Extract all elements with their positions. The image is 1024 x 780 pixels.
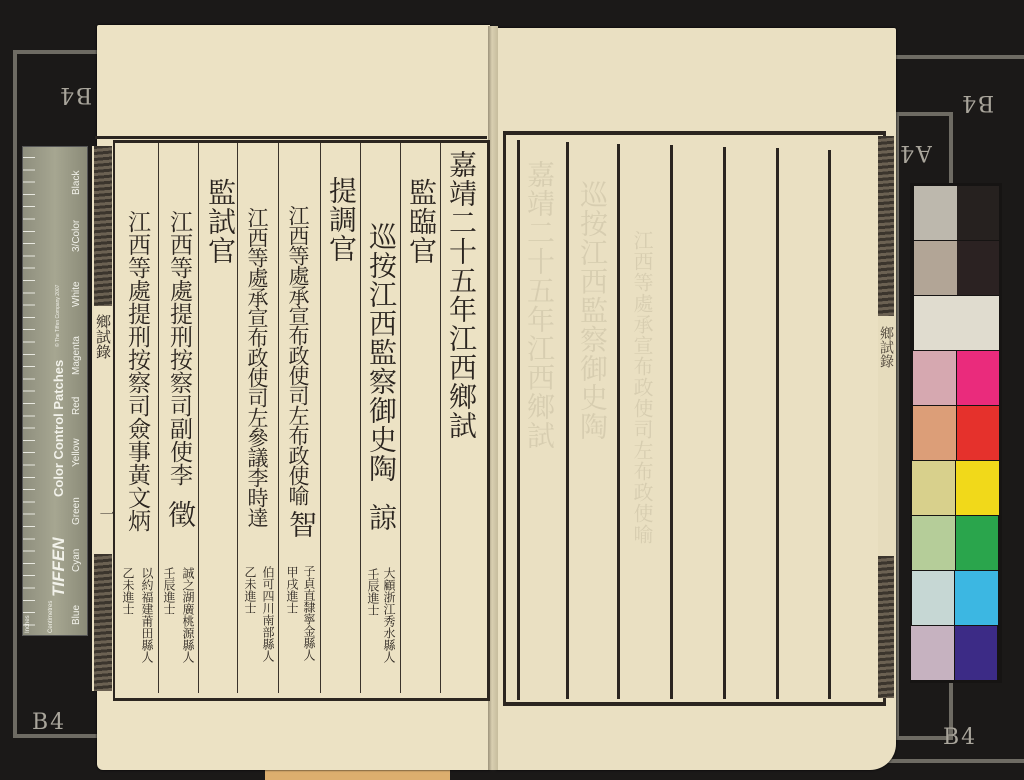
heading-proctor: 監臨官 [404,178,438,265]
mat-label-b4-bottom-right: B4 [943,725,977,750]
ruler-label-white: White [71,281,82,307]
mat-label-b4-top-left: B4 [58,82,92,107]
ruler-label-cyan: Cyan [71,549,82,572]
left-page-fold-margin: 鄉試錄 一 [92,146,114,691]
color-patch-chart [910,183,1002,683]
ruler-label-centimetres: Centimetres [48,601,54,633]
patch-blue-light [911,626,954,680]
ruler-label-magenta: Magenta [71,336,82,375]
official-note-4a: 誠之湖廣桃源縣人 [181,567,194,663]
official-note-2b: 甲戌進士 [285,566,298,614]
left-frame-top-rule [95,136,487,139]
patch-magenta-light [913,351,956,405]
show-through-text: 嘉靖二十五年江西鄉試 [522,160,556,450]
patch-cyan [955,571,998,625]
official-given-name-4: 徵 [163,500,197,529]
right-col-rule [517,140,520,700]
mat-label-b4-bottom-left: B4 [32,710,66,735]
right-col-rule [723,147,726,699]
official-name-5: 江西等處提刑按察司僉事黃文炳 [121,210,153,532]
patch-red-light [913,406,956,460]
patch-yellow [956,461,999,515]
official-note-3b: 乙未進士 [243,566,256,614]
fold-dark-block-top [94,146,112,306]
patch-green-light [912,516,955,570]
patch-yellow-light [912,461,955,515]
official-note-5b: 乙未進士 [121,567,134,615]
right-col-rule [828,150,831,699]
col-rule [158,143,159,693]
right-col-rule [617,144,620,699]
patch-blue [955,626,997,680]
ruler-ticks [23,157,35,627]
exam-title: 嘉靖二十五年江西鄉試 [444,150,478,440]
right-col-rule [670,145,673,699]
ruler-label-3color: 3/Color [71,220,82,252]
patch-gray-warm [914,241,957,295]
official-given-name-1: 諒 [364,503,398,532]
ruler-label-blue: Blue [71,605,82,625]
col-rule [400,143,401,693]
col-rule [440,143,441,693]
right-col-rule [776,148,779,699]
official-name-1: 巡按江西監察御史陶 [364,222,398,483]
official-name-4: 江西等處提刑按察司副使李 [163,210,195,486]
mat-label-b4-top-right: B4 [960,90,994,115]
right-col-rule [566,142,569,699]
patch-white [914,296,999,350]
right-margin-title: 鄉試錄 [878,326,894,368]
col-rule [320,143,321,693]
heading-examiner: 監試官 [203,178,237,265]
left-margin-title: 鄉試錄 [94,314,112,359]
official-note-1a: 大顧浙江秀水縣人 [382,567,395,663]
ruler-label-yellow: Yellow [71,438,82,467]
col-rule [278,143,279,693]
official-note-4b: 壬辰進士 [162,567,175,615]
official-note-1b: 壬辰進士 [366,568,379,616]
official-note-5a: 以約福建莆田縣人 [140,567,153,663]
patch-cyan-light [912,571,954,625]
ruler-label-red: Red [71,397,82,415]
right-fold-dark-top [878,136,894,316]
ruler-label-green: Green [71,497,82,525]
patch-magenta [957,351,999,405]
right-fold-dark-bottom [878,556,894,698]
right-page-fold-margin: 鄉試錄 [878,136,896,698]
col-rule [237,143,238,693]
show-through-text: 江西等處承宣布政使司左布政使喻 [625,230,659,545]
ruler-copyright: © The Tiffen Company 2007 [55,285,61,347]
ruler-title: Color Control Patches [51,360,66,497]
patch-gray-light [914,186,957,240]
show-through-text: 巡按江西監察御史陶 [575,180,609,441]
official-note-3a: 伯可四川南部縣人 [261,566,274,662]
ruler-brand: TIFFEN [49,538,69,598]
tiffen-ruler: TIFFEN Color Control Patches © The Tiffe… [22,146,88,636]
patch-black [957,186,999,240]
patch-green [956,516,998,570]
col-rule [198,143,199,693]
col-rule [360,143,361,693]
official-given-name-2: 智 [284,510,318,539]
patch-red [957,406,999,460]
official-name-3: 江西等處承宣布政使司左參議李時達 [243,207,271,527]
mat-label-a4: A4 [898,140,932,165]
heading-supervisor: 提調官 [324,176,358,263]
ruler-label-black: Black [71,171,82,195]
official-name-2: 江西等處承宣布政使司左布政使喻 [284,205,312,505]
fold-dark-block-bottom [94,554,112,691]
official-note-2a: 子貞直隸寧金縣人 [302,565,315,661]
patch-dark-brown [957,241,999,295]
